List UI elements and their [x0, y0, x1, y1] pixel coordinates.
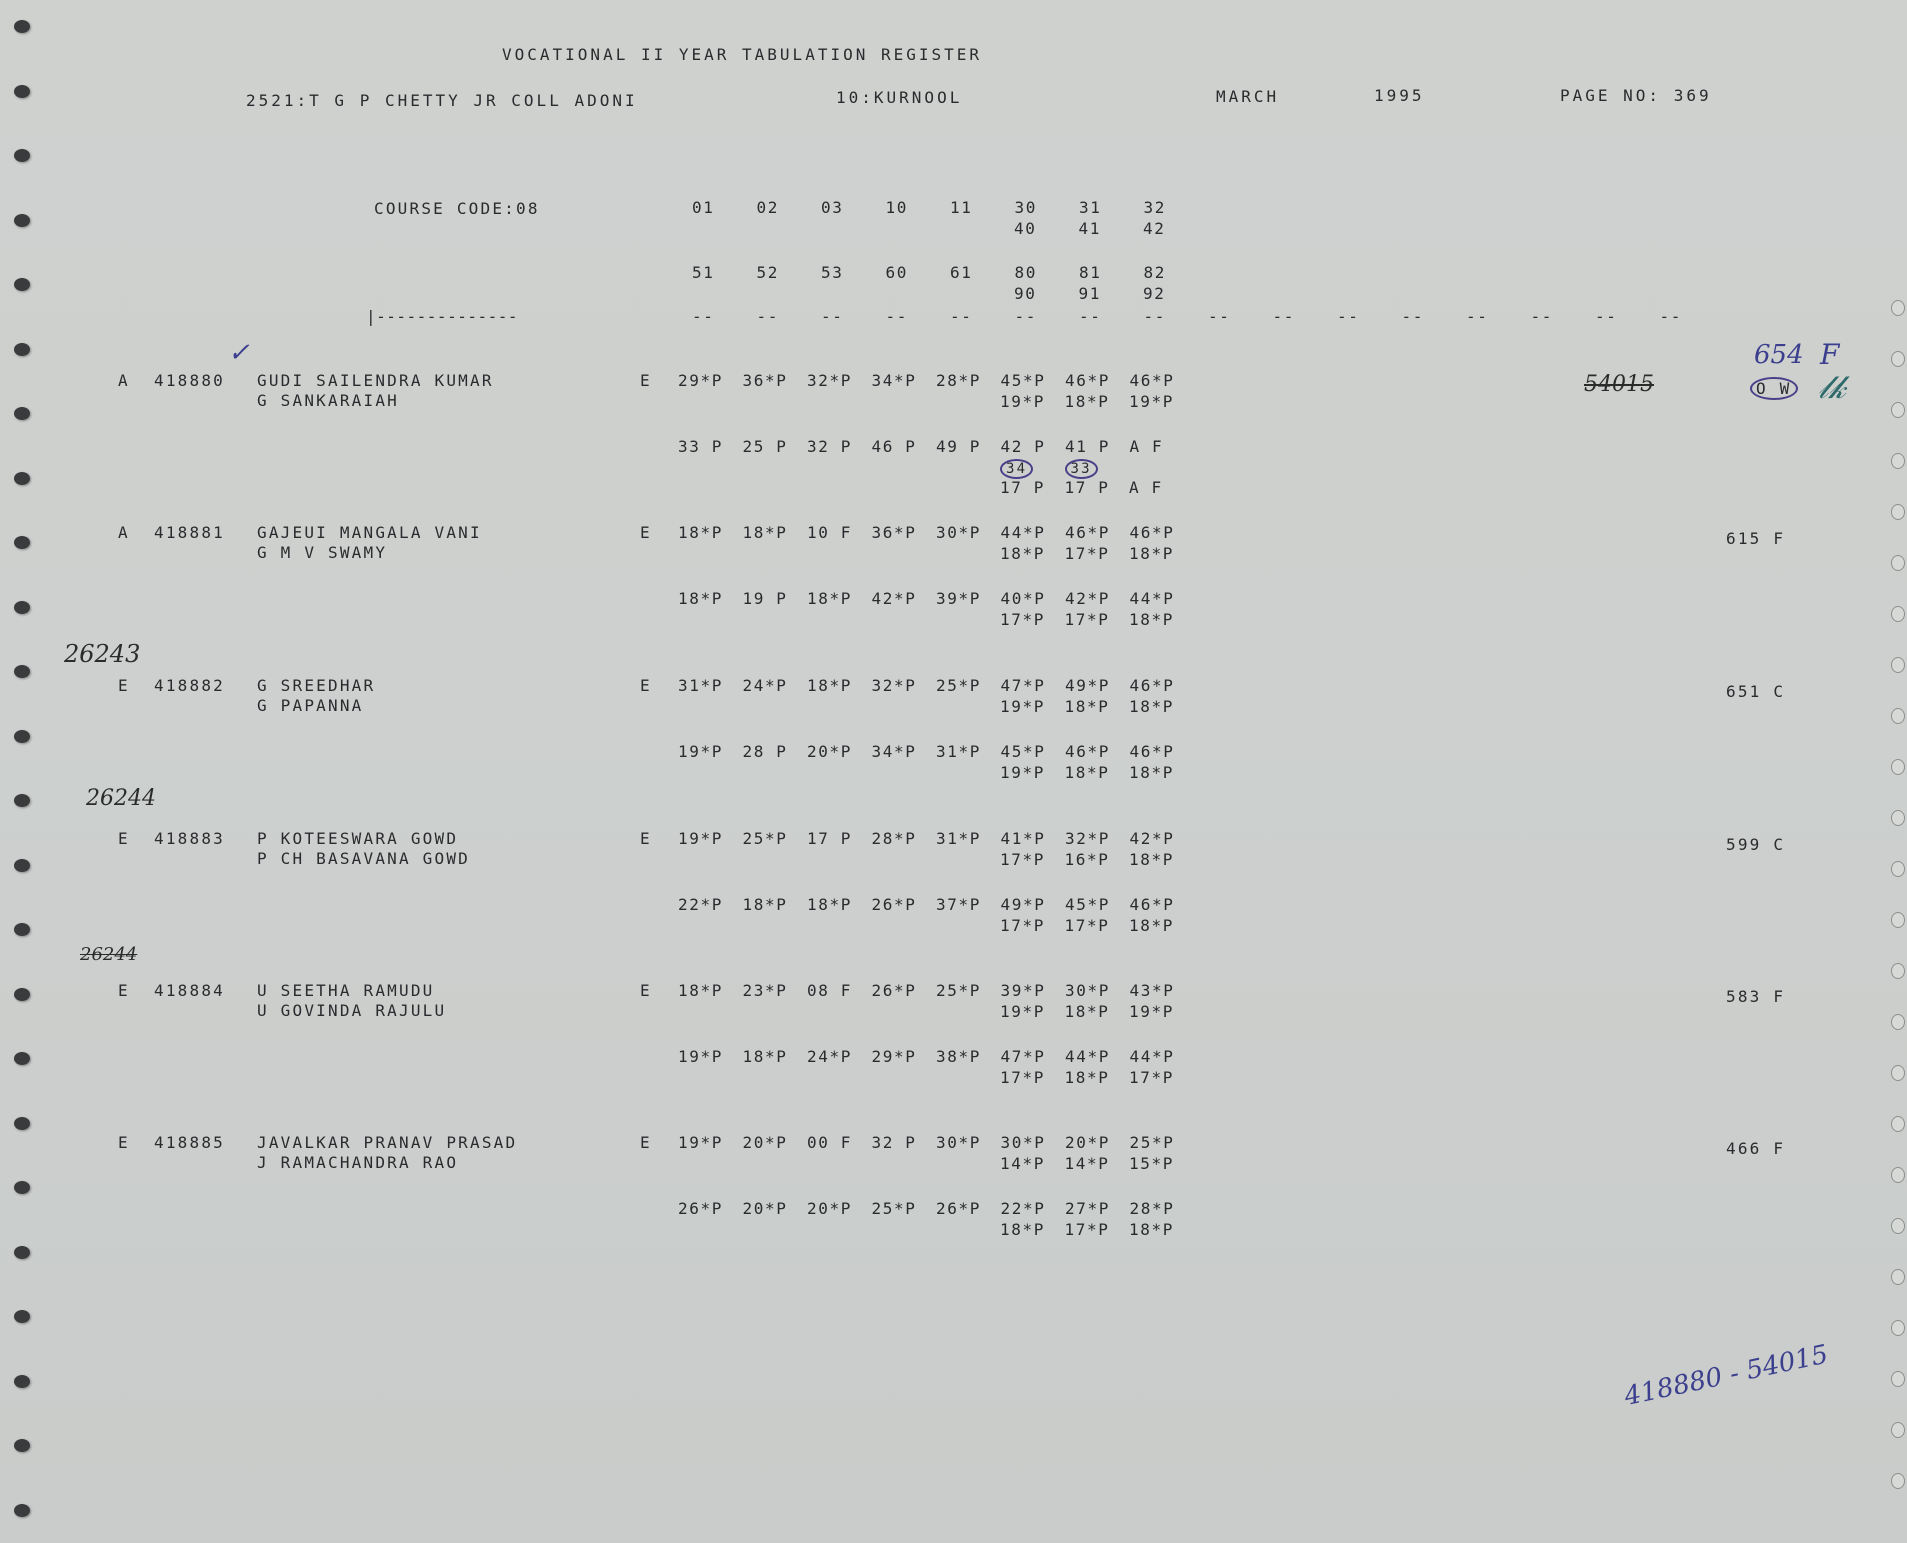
first-year-sub-marks: 19*P18*P19*P: [1000, 393, 1194, 411]
feed-hole: [1891, 861, 1905, 877]
mark-cell: 42*P: [1130, 830, 1195, 848]
mark-cell: 39*P: [1001, 982, 1066, 1000]
first-year-marks: 18*P18*P10 F36*P30*P44*P46*P46*P: [678, 524, 1194, 542]
mark-cell: 18*P: [1065, 1003, 1130, 1021]
mark-cell: 18*P: [743, 896, 808, 914]
subject-code: 31: [1079, 199, 1144, 217]
subject-code: 92: [1143, 285, 1208, 303]
mark-cell: 15*P: [1129, 1155, 1194, 1173]
first-year-sub-marks: 19*P18*P19*P: [1000, 1003, 1194, 1021]
mark-cell: 49 P: [936, 438, 1001, 456]
mark-cell: 18*P: [1129, 1221, 1194, 1239]
dash: --: [1660, 308, 1725, 326]
subject-header-row-2b: 90 91 92: [1014, 285, 1208, 303]
register-number: 418880: [154, 372, 225, 390]
mark-cell: A F: [1129, 479, 1194, 497]
mark-cell: 10 F: [807, 524, 872, 542]
mark-cell: 46*P: [1130, 677, 1195, 695]
mark-cell: 32*P: [1065, 830, 1130, 848]
mark-cell: 34*P: [872, 372, 937, 390]
mark-cell: 31*P: [936, 743, 1001, 761]
feed-hole: [1891, 1269, 1905, 1285]
feed-hole: [1891, 1218, 1905, 1234]
feed-hole: [1891, 1422, 1905, 1438]
mark-cell: 33 P: [678, 438, 743, 456]
mark-cell: 17*P: [1065, 917, 1130, 935]
medium: E: [640, 830, 652, 848]
second-year-sub-marks: 17*P17*P18*P: [1000, 917, 1194, 935]
feed-hole: [14, 343, 30, 356]
father-name: G M V SWAMY: [257, 544, 387, 562]
subject-code: 60: [886, 264, 951, 282]
second-year-marks: 19*P18*P24*P29*P38*P47*P44*P44*P: [678, 1048, 1194, 1066]
father-name: P CH BASAVANA GOWD: [257, 850, 470, 868]
register-number: 418885: [154, 1134, 225, 1152]
feed-hole: [14, 20, 30, 33]
mark-cell: 30*P: [1001, 1134, 1066, 1152]
mark-cell: 17*P: [1065, 545, 1130, 563]
subject-header-row-1: 01 02 03 10 11 30 31 32: [692, 199, 1208, 217]
mark-cell: 18*P: [1129, 545, 1194, 563]
dash: --: [950, 308, 1015, 326]
subject-code: 91: [1079, 285, 1144, 303]
student-name: G SREEDHAR: [257, 677, 375, 695]
margin-note-struck: 26244: [80, 944, 137, 965]
feed-hole: [1891, 504, 1905, 520]
mark-cell: 44*P: [1065, 1048, 1130, 1066]
medium: E: [640, 1134, 652, 1152]
father-name: G PAPANNA: [257, 697, 364, 715]
mark-cell: 17*P: [1065, 1221, 1130, 1239]
mark-cell: 19*P: [1000, 764, 1065, 782]
mark-cell: 17 P: [1065, 479, 1130, 497]
mark-cell: 49*P: [1001, 896, 1066, 914]
second-year-sub-marks: 19*P18*P18*P: [1000, 764, 1194, 782]
total-result: 583 F: [1726, 988, 1785, 1006]
feed-hole: [14, 214, 30, 227]
mark-cell: 32*P: [807, 372, 872, 390]
feed-hole: [14, 85, 30, 98]
category: A: [118, 524, 130, 542]
mark-cell: 41*P: [1001, 830, 1066, 848]
mark-cell: 18*P: [1065, 393, 1130, 411]
subject-code: 11: [950, 199, 1015, 217]
footer-handwritten-note: 418880 - 54015: [1622, 1340, 1831, 1412]
mark-cell: 46 P: [872, 438, 937, 456]
mark-cell: 26*P: [678, 1200, 743, 1218]
father-name: J RAMACHANDRA RAO: [257, 1154, 458, 1172]
circled-correction: 33: [1065, 460, 1098, 478]
mark-cell: 00 F: [807, 1134, 872, 1152]
feed-hole: [14, 1504, 30, 1517]
mark-cell: 31*P: [936, 830, 1001, 848]
second-year-sub-marks: 17*P18*P17*P: [1000, 1069, 1194, 1087]
medium: E: [640, 982, 652, 1000]
mark-cell: 23*P: [743, 982, 808, 1000]
checkmark-icon: ✓: [228, 338, 250, 368]
mark-cell: 20*P: [1065, 1134, 1130, 1152]
total-result: 599 C: [1726, 836, 1785, 854]
mark-cell: 32 P: [807, 438, 872, 456]
mark-cell: 20*P: [743, 1200, 808, 1218]
dash: --: [1466, 308, 1531, 326]
subject-code: 03: [821, 199, 886, 217]
circled-correction-text: 33: [1065, 459, 1098, 479]
mark-cell: 46*P: [1065, 524, 1130, 542]
dash: --: [886, 308, 951, 326]
feed-hole: [14, 1439, 30, 1452]
subject-code: 51: [692, 264, 757, 282]
mark-cell: 24*P: [807, 1048, 872, 1066]
mark-cell: 17*P: [1000, 611, 1065, 629]
dash: --: [1015, 308, 1080, 326]
mark-cell: 19*P: [1000, 1003, 1065, 1021]
mark-cell: 42*P: [872, 590, 937, 608]
mark-cell: 18*P: [1129, 917, 1194, 935]
dash: --: [1273, 308, 1338, 326]
subject-code: 80: [1015, 264, 1080, 282]
first-year-marks: 19*P20*P00 F32 P30*P30*P20*P25*P: [678, 1134, 1194, 1152]
register-number: 418882: [154, 677, 225, 695]
mark-cell: 08 F: [807, 982, 872, 1000]
mark-cell: 19*P: [1129, 393, 1194, 411]
mark-cell: 18*P: [743, 1048, 808, 1066]
mark-cell: 30*P: [1065, 982, 1130, 1000]
mark-cell: 25*P: [1130, 1134, 1195, 1152]
subject-code: 82: [1144, 264, 1209, 282]
dash: --: [1595, 308, 1660, 326]
mark-cell: 46*P: [1130, 524, 1195, 542]
mark-cell: 18*P: [1129, 698, 1194, 716]
mark-cell: 25*P: [936, 677, 1001, 695]
subject-code: 10: [886, 199, 951, 217]
mark-cell: 22*P: [678, 896, 743, 914]
subject-header-row-1b: 40 41 42: [1014, 220, 1208, 238]
second-year-sub-marks: 17*P17*P18*P: [1000, 611, 1194, 629]
feed-hole: [14, 1375, 30, 1388]
mark-cell: 25*P: [872, 1200, 937, 1218]
second-year-marks: 22*P18*P18*P26*P37*P49*P45*P46*P: [678, 896, 1194, 914]
course-code: COURSE CODE:08: [374, 200, 540, 218]
register-number: 418883: [154, 830, 225, 848]
mark-cell: 22*P: [1001, 1200, 1066, 1218]
first-year-marks: 31*P24*P18*P32*P25*P47*P49*P46*P: [678, 677, 1194, 695]
mark-cell: 25*P: [936, 982, 1001, 1000]
medium: E: [640, 524, 652, 542]
total-result: 466 F: [1726, 1140, 1785, 1158]
result-circled-text: O W: [1750, 377, 1798, 400]
dash: --: [1402, 308, 1467, 326]
register-number: 418881: [154, 524, 225, 542]
feed-hole: [1891, 1116, 1905, 1132]
subject-code: 81: [1079, 264, 1144, 282]
mark-cell: 25 P: [743, 438, 808, 456]
name-column-rule: |--------------: [366, 308, 518, 326]
handwritten-total: 654: [1754, 340, 1804, 370]
feed-hole: [1891, 708, 1905, 724]
second-year-sub-marks: 17 P17 PA F: [1000, 479, 1194, 497]
subject-code: 32: [1144, 199, 1209, 217]
margin-note: 26243: [64, 640, 140, 668]
mark-cell: 18*P: [807, 590, 872, 608]
mark-cell: 47*P: [1001, 677, 1066, 695]
feed-hole: [1891, 963, 1905, 979]
register-number: 418884: [154, 982, 225, 1000]
feed-hole: [1891, 1014, 1905, 1030]
feed-hole: [1891, 300, 1905, 316]
mark-cell: 28*P: [936, 372, 1001, 390]
mark-cell: 43*P: [1130, 982, 1195, 1000]
mark-cell: 19*P: [678, 1048, 743, 1066]
mark-cell: 44*P: [1001, 524, 1066, 542]
student-name: U SEETHA RAMUDU: [257, 982, 435, 1000]
feed-hole: [14, 472, 30, 485]
subject-code: 41: [1079, 220, 1144, 238]
mark-cell: 31*P: [678, 677, 743, 695]
category: E: [118, 982, 130, 1000]
mark-cell: 28 P: [743, 743, 808, 761]
first-year-marks: 18*P23*P08 F26*P25*P39*P30*P43*P: [678, 982, 1194, 1000]
mark-cell: 44*P: [1130, 1048, 1195, 1066]
mark-cell: 17*P: [1000, 851, 1065, 869]
feed-hole: [14, 923, 30, 936]
mark-cell: 28*P: [1130, 1200, 1195, 1218]
mark-cell: 17*P: [1000, 1069, 1065, 1087]
mark-cell: 32*P: [872, 677, 937, 695]
mark-cell: 32 P: [872, 1134, 937, 1152]
mark-cell: 42*P: [1065, 590, 1130, 608]
tractor-feed-holes-left: [8, 20, 38, 1530]
medium: E: [640, 677, 652, 695]
second-year-marks: 26*P20*P20*P25*P26*P22*P27*P28*P: [678, 1200, 1194, 1218]
feed-hole: [14, 730, 30, 743]
feed-hole: [14, 794, 30, 807]
category: E: [118, 677, 130, 695]
mark-cell: 19*P: [1000, 698, 1065, 716]
mark-cell: 37*P: [936, 896, 1001, 914]
mark-cell: 14*P: [1065, 1155, 1130, 1173]
feed-hole: [14, 1310, 30, 1323]
first-year-sub-marks: 14*P14*P15*P: [1000, 1155, 1194, 1173]
feed-hole: [14, 1181, 30, 1194]
mark-cell: 17*P: [1000, 917, 1065, 935]
first-year-marks: 19*P25*P17 P28*P31*P41*P32*P42*P: [678, 830, 1194, 848]
mark-cell: 46*P: [1130, 372, 1195, 390]
mark-cell: 45*P: [1001, 743, 1066, 761]
second-year-marks: 33 P25 P32 P46 P49 P42 P41 PA F: [678, 438, 1194, 456]
mark-cell: 17*P: [1129, 1069, 1194, 1087]
exam-year: 1995: [1374, 87, 1425, 105]
feed-hole: [14, 149, 30, 162]
mark-cell: 20*P: [807, 743, 872, 761]
feed-hole: [14, 407, 30, 420]
mark-cell: 44*P: [1130, 590, 1195, 608]
mark-cell: 20*P: [743, 1134, 808, 1152]
mark-cell: 29*P: [678, 372, 743, 390]
subject-code: 02: [757, 199, 822, 217]
dash: --: [757, 308, 822, 326]
first-year-sub-marks: 19*P18*P18*P: [1000, 698, 1194, 716]
feed-hole: [1891, 759, 1905, 775]
struck-number: 54015: [1584, 372, 1654, 397]
mark-cell: 18*P: [678, 982, 743, 1000]
mark-cell: 38*P: [936, 1048, 1001, 1066]
circled-correction: 34: [1000, 460, 1033, 478]
mark-cell: 46*P: [1130, 743, 1195, 761]
mark-cell: 26*P: [872, 896, 937, 914]
student-name: JAVALKAR PRANAV PRASAD: [257, 1134, 517, 1152]
subject-code: 53: [821, 264, 886, 282]
mark-cell: 18*P: [1000, 1221, 1065, 1239]
exam-month: MARCH: [1216, 88, 1279, 106]
mark-cell: 14*P: [1000, 1155, 1065, 1173]
feed-hole: [14, 1117, 30, 1130]
feed-hole: [1891, 1320, 1905, 1336]
mark-cell: 46*P: [1130, 896, 1195, 914]
mark-cell: 26*P: [872, 982, 937, 1000]
initials-signature: 𝓁𝓀: [1818, 368, 1846, 407]
mark-cell: 18*P: [1129, 611, 1194, 629]
mark-cell: 17*P: [1065, 611, 1130, 629]
medium: E: [640, 372, 652, 390]
feed-hole: [1891, 402, 1905, 418]
dash: --: [1079, 308, 1144, 326]
mark-cell: 19*P: [1129, 1003, 1194, 1021]
mark-cell: 24*P: [743, 677, 808, 695]
page-number: PAGE NO: 369: [1560, 87, 1712, 105]
mark-cell: 46*P: [1065, 743, 1130, 761]
second-year-marks: 18*P19 P18*P42*P39*P40*P42*P44*P: [678, 590, 1194, 608]
feed-hole: [1891, 1167, 1905, 1183]
feed-hole: [14, 601, 30, 614]
mark-cell: 29*P: [872, 1048, 937, 1066]
mark-cell: 18*P: [1065, 764, 1130, 782]
mark-cell: A F: [1130, 438, 1195, 456]
mark-cell: 18*P: [1065, 698, 1130, 716]
mark-cell: 18*P: [1129, 764, 1194, 782]
feed-hole: [14, 665, 30, 678]
mark-cell: 40*P: [1001, 590, 1066, 608]
mark-cell: 18*P: [807, 677, 872, 695]
mark-cell: 36*P: [743, 372, 808, 390]
feed-hole: [14, 988, 30, 1001]
subject-code: 90: [1014, 285, 1079, 303]
mark-cell: 17 P: [1000, 479, 1065, 497]
feed-hole: [1891, 1371, 1905, 1387]
student-name: P KOTEESWARA GOWD: [257, 830, 458, 848]
mark-cell: 25*P: [743, 830, 808, 848]
mark-cell: 19*P: [678, 743, 743, 761]
mark-cell: 18*P: [678, 524, 743, 542]
father-name: U GOVINDA RAJULU: [257, 1002, 446, 1020]
register-title: VOCATIONAL II YEAR TABULATION REGISTER: [502, 46, 982, 64]
second-year-sub-marks: 18*P17*P18*P: [1000, 1221, 1194, 1239]
mark-cell: 45*P: [1001, 372, 1066, 390]
mark-cell: 39*P: [936, 590, 1001, 608]
mark-cell: 36*P: [872, 524, 937, 542]
mark-cell: 28*P: [872, 830, 937, 848]
dash: --: [1337, 308, 1402, 326]
feed-hole: [1891, 606, 1905, 622]
father-name: G SANKARAIAH: [257, 392, 399, 410]
subject-code: 01: [692, 199, 757, 217]
mark-cell: 41 P: [1065, 438, 1130, 456]
mark-cell: 17 P: [807, 830, 872, 848]
college-name: 2521:T G P CHETTY JR COLL ADONI: [246, 92, 638, 110]
feed-hole: [14, 278, 30, 291]
mark-cell: 19 P: [743, 590, 808, 608]
first-year-sub-marks: 18*P17*P18*P: [1000, 545, 1194, 563]
feed-hole: [14, 1246, 30, 1259]
feed-hole: [1891, 912, 1905, 928]
margin-note: 26244: [86, 786, 156, 811]
feed-hole: [1891, 1065, 1905, 1081]
feed-hole: [1891, 453, 1905, 469]
dash: --: [692, 308, 757, 326]
dash: --: [1531, 308, 1596, 326]
mark-cell: 18*P: [807, 896, 872, 914]
category: A: [118, 372, 130, 390]
mark-cell: 46*P: [1065, 372, 1130, 390]
feed-hole: [1891, 810, 1905, 826]
subject-code: 61: [950, 264, 1015, 282]
mark-cell: 30*P: [936, 1134, 1001, 1152]
first-year-sub-marks: 17*P16*P18*P: [1000, 851, 1194, 869]
feed-hole: [1891, 1473, 1905, 1489]
mark-cell: 45*P: [1065, 896, 1130, 914]
subject-code: 52: [757, 264, 822, 282]
dash: --: [1208, 308, 1273, 326]
mark-cell: 19*P: [678, 1134, 743, 1152]
subject-code: 30: [1015, 199, 1080, 217]
tractor-feed-holes-right: [1887, 0, 1907, 1543]
mark-cell: 19*P: [678, 830, 743, 848]
mark-cell: 18*P: [1129, 851, 1194, 869]
mark-cell: 18*P: [1000, 545, 1065, 563]
handwritten-grade: F: [1820, 338, 1839, 371]
subject-code: 42: [1143, 220, 1208, 238]
register-page: VOCATIONAL II YEAR TABULATION REGISTER 2…: [0, 0, 1907, 1543]
total-result: 651 C: [1726, 683, 1785, 701]
mark-cell: 26*P: [936, 1200, 1001, 1218]
subject-header-row-2: 51 52 53 60 61 80 81 82: [692, 264, 1208, 282]
district-name: 10:KURNOOL: [836, 89, 962, 107]
mark-cell: 30*P: [936, 524, 1001, 542]
mark-cell: 42 P: [1001, 438, 1066, 456]
feed-hole: [14, 859, 30, 872]
mark-cell: 27*P: [1065, 1200, 1130, 1218]
mark-cell: 49*P: [1065, 677, 1130, 695]
mark-cell: 18*P: [678, 590, 743, 608]
mark-cell: 16*P: [1065, 851, 1130, 869]
mark-cell: 19*P: [1000, 393, 1065, 411]
circled-correction-text: 34: [1000, 459, 1033, 479]
total-result: 615 F: [1726, 530, 1785, 548]
mark-cell: 34*P: [872, 743, 937, 761]
student-name: GAJEUI MANGALA VANI: [257, 524, 482, 542]
dash: --: [821, 308, 886, 326]
student-name: GUDI SAILENDRA KUMAR: [257, 372, 494, 390]
category: E: [118, 1134, 130, 1152]
mark-cell: 20*P: [807, 1200, 872, 1218]
first-year-marks: 29*P36*P32*P34*P28*P45*P46*P46*P: [678, 372, 1194, 390]
subject-code: 40: [1014, 220, 1079, 238]
feed-hole: [14, 1052, 30, 1065]
dash: --: [1144, 308, 1209, 326]
mark-cell: 18*P: [743, 524, 808, 542]
second-year-marks: 19*P28 P20*P34*P31*P45*P46*P46*P: [678, 743, 1194, 761]
feed-hole: [14, 536, 30, 549]
